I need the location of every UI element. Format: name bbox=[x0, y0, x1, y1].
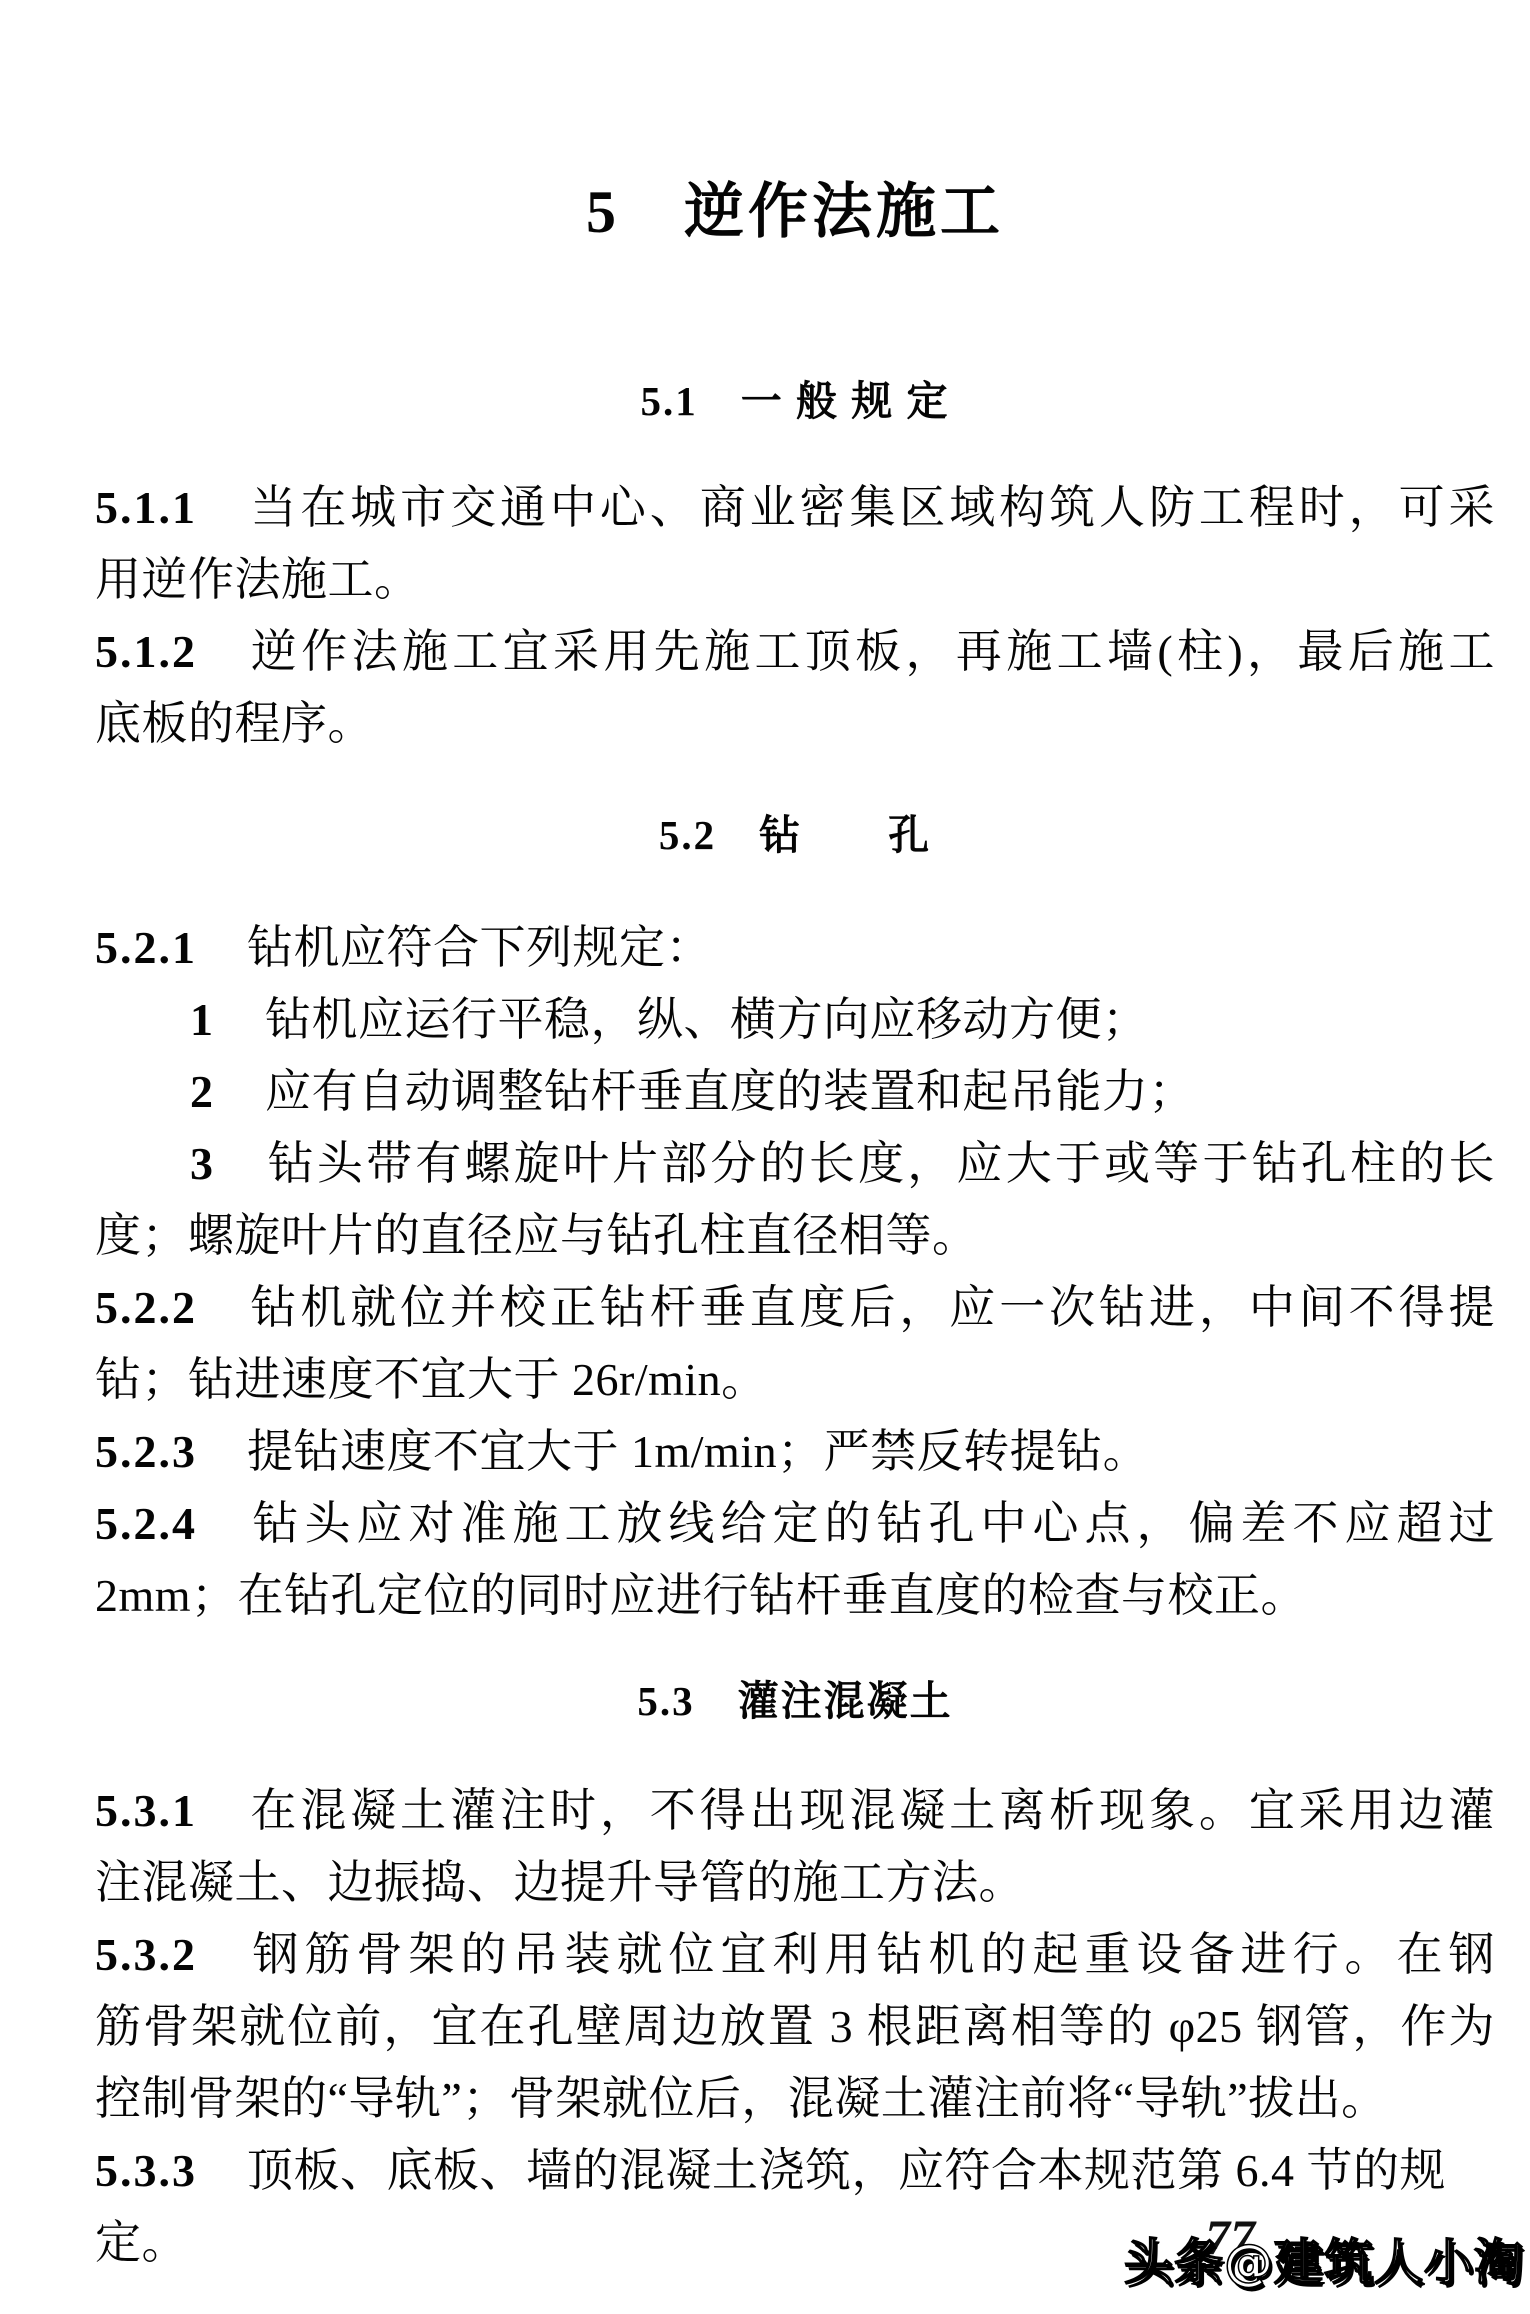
paragraph-line: 度；螺旋叶片的直径应与钻孔柱直径相等。 bbox=[95, 1200, 1495, 1272]
list-number: 1 bbox=[190, 994, 215, 1045]
clause-number: 5.2.2 bbox=[95, 1282, 197, 1333]
line-text: 在混凝土灌注时，不得出现混凝土离析现象。宜采用边灌 bbox=[247, 1785, 1495, 1836]
list-item-line: 2应有自动调整钻杆垂直度的装置和起吊能力； bbox=[95, 1056, 1495, 1128]
page-footer: 77 头条@建筑人小淘 bbox=[1110, 2200, 1530, 2310]
clause-number: 5.2.4 bbox=[95, 1498, 197, 1549]
line-text: 钻；钻进速度不宜大于 26r/min。 bbox=[95, 1354, 768, 1405]
line-text: 控制骨架的“导轨”；骨架就位后，混凝土灌注前将“导轨”拔出。 bbox=[95, 2073, 1388, 2124]
clause-number: 5.2.1 bbox=[95, 922, 197, 973]
line-text: 逆作法施工宜采用先施工顶板，再施工墙(柱)，最后施工 bbox=[247, 626, 1495, 677]
list-item-line: 1钻机应运行平稳，纵、横方向应移动方便； bbox=[95, 984, 1495, 1056]
chapter-title: 5 逆作法施工 bbox=[95, 182, 1495, 242]
document-page: 5 逆作法施工 5.1 一 般 规 定 5.1.1当在城市交通中心、商业密集区域… bbox=[0, 0, 1530, 2314]
line-text: 用逆作法施工。 bbox=[95, 554, 421, 605]
line-text: 底板的程序。 bbox=[95, 698, 374, 749]
line-text: 当在城市交通中心、商业密集区域构筑人防工程时，可采 bbox=[247, 482, 1495, 533]
line-text: 钻头带有螺旋叶片部分的长度，应大于或等于钻孔柱的长 bbox=[265, 1138, 1495, 1189]
section-heading-5-2: 5.2 钻 孔 bbox=[95, 811, 1495, 859]
paragraph-line: 钻；钻进速度不宜大于 26r/min。 bbox=[95, 1344, 1495, 1416]
paragraph-line: 用逆作法施工。 bbox=[95, 544, 1495, 616]
clause-number: 5.3.1 bbox=[95, 1785, 197, 1836]
line-text: 钻机就位并校正钻杆垂直度后，应一次钻进，中间不得提 bbox=[247, 1282, 1495, 1333]
line-text: 钢筋骨架的吊装就位宜利用钻机的起重设备进行。在钢 bbox=[247, 1929, 1495, 1980]
clause-number: 5.3.3 bbox=[95, 2145, 197, 2196]
section-heading-5-1: 5.1 一 般 规 定 bbox=[95, 377, 1495, 425]
paragraph-line: 5.2.4钻头应对准施工放线给定的钻孔中心点，偏差不应超过 bbox=[95, 1488, 1495, 1560]
watermark-text: 头条@建筑人小淘 bbox=[1124, 2224, 1524, 2294]
clause-number: 5.1.1 bbox=[95, 482, 197, 533]
paragraph-line: 注混凝土、边振捣、边提升导管的施工方法。 bbox=[95, 1847, 1495, 1919]
paragraph-line: 底板的程序。 bbox=[95, 688, 1495, 760]
paragraph-line: 控制骨架的“导轨”；骨架就位后，混凝土灌注前将“导轨”拔出。 bbox=[95, 2063, 1495, 2135]
paragraph-line: 2mm；在钻孔定位的同时应进行钻杆垂直度的检查与校正。 bbox=[95, 1560, 1495, 1632]
paragraph-line: 5.3.2钢筋骨架的吊装就位宜利用钻机的起重设备进行。在钢 bbox=[95, 1919, 1495, 1991]
line-text: 提钻速度不宜大于 1m/min；严禁反转提钻。 bbox=[247, 1426, 1149, 1477]
section-body-5-1: 5.1.1当在城市交通中心、商业密集区域构筑人防工程时，可采 用逆作法施工。 5… bbox=[95, 472, 1495, 760]
section-body-5-2: 5.2.1钻机应符合下列规定： 1钻机应运行平稳，纵、横方向应移动方便； 2应有… bbox=[95, 912, 1495, 1632]
paragraph-line: 5.2.1钻机应符合下列规定： bbox=[95, 912, 1495, 984]
page-content: 5 逆作法施工 5.1 一 般 规 定 5.1.1当在城市交通中心、商业密集区域… bbox=[0, 182, 1530, 2279]
list-number: 2 bbox=[190, 1066, 215, 1117]
paragraph-line: 5.1.1当在城市交通中心、商业密集区域构筑人防工程时，可采 bbox=[95, 472, 1495, 544]
line-text: 钻头应对准施工放线给定的钻孔中心点，偏差不应超过 bbox=[247, 1498, 1495, 1549]
line-text: 钻机应符合下列规定： bbox=[247, 922, 712, 973]
paragraph-line: 筋骨架就位前，宜在孔壁周边放置 3 根距离相等的 φ25 钢管，作为 bbox=[95, 1991, 1495, 2063]
clause-number: 5.2.3 bbox=[95, 1426, 197, 1477]
line-text: 注混凝土、边振捣、边提升导管的施工方法。 bbox=[95, 1857, 1025, 1908]
list-number: 3 bbox=[190, 1138, 215, 1189]
line-text: 筋骨架就位前，宜在孔壁周边放置 3 根距离相等的 φ25 钢管，作为 bbox=[95, 2001, 1495, 2052]
paragraph-line: 5.2.2钻机就位并校正钻杆垂直度后，应一次钻进，中间不得提 bbox=[95, 1272, 1495, 1344]
list-item-line: 3钻头带有螺旋叶片部分的长度，应大于或等于钻孔柱的长 bbox=[95, 1128, 1495, 1200]
line-text: 2mm；在钻孔定位的同时应进行钻杆垂直度的检查与校正。 bbox=[95, 1570, 1307, 1621]
section-heading-5-3: 5.3 灌注混凝土 bbox=[95, 1677, 1495, 1725]
clause-number: 5.3.2 bbox=[95, 1929, 197, 1980]
line-text: 应有自动调整钻杆垂直度的装置和起吊能力； bbox=[265, 1066, 1195, 1117]
paragraph-line: 5.3.1在混凝土灌注时，不得出现混凝土离析现象。宜采用边灌 bbox=[95, 1775, 1495, 1847]
line-text: 钻机应运行平稳，纵、横方向应移动方便； bbox=[265, 994, 1149, 1045]
clause-number: 5.1.2 bbox=[95, 626, 197, 677]
paragraph-line: 5.1.2逆作法施工宜采用先施工顶板，再施工墙(柱)，最后施工 bbox=[95, 616, 1495, 688]
paragraph-line: 5.2.3提钻速度不宜大于 1m/min；严禁反转提钻。 bbox=[95, 1416, 1495, 1488]
line-text: 度；螺旋叶片的直径应与钻孔柱直径相等。 bbox=[95, 1210, 979, 1261]
